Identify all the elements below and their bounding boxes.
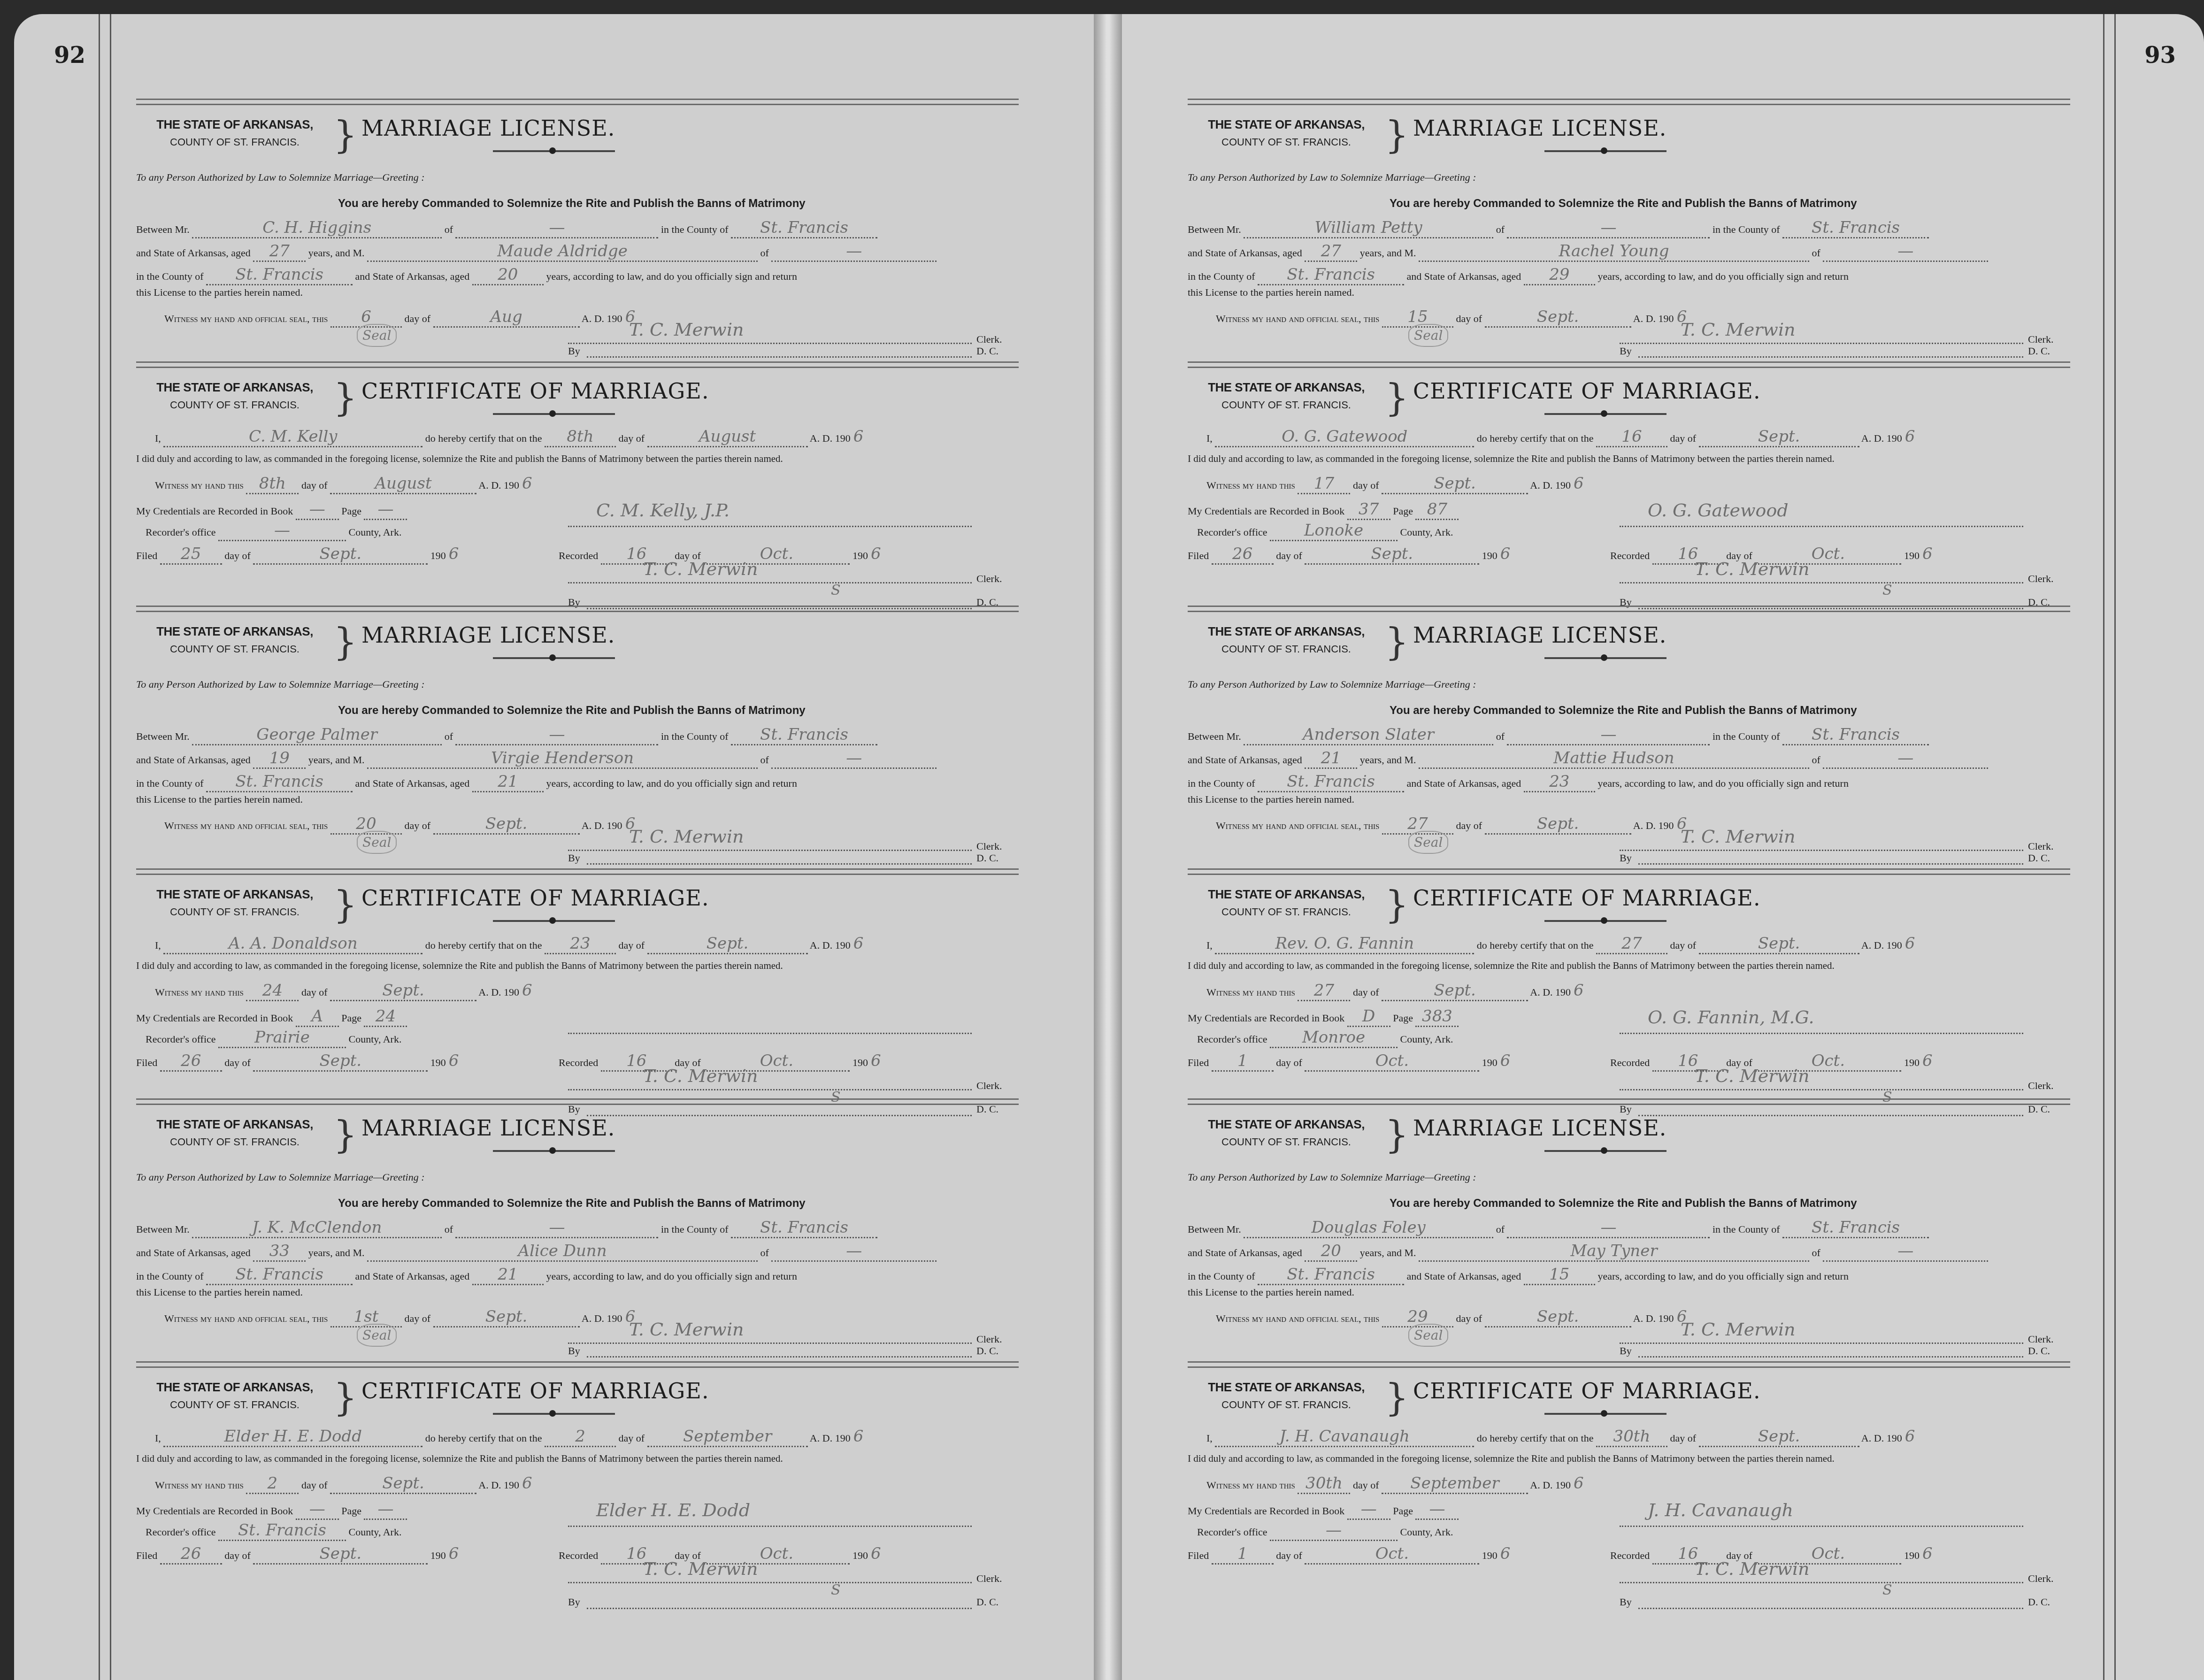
state-heading: THE STATE OF ARKANSAS, <box>136 380 333 395</box>
filed-month: Oct. <box>1305 1051 1479 1072</box>
witness-line: Witness my hand and official seal, this … <box>1216 1307 1689 1327</box>
label-dc: D. C. <box>976 1345 998 1357</box>
marriage-license: THE STATE OF ARKANSAS, COUNTY OF ST. FRA… <box>1188 606 2070 859</box>
ornament-divider <box>1544 150 1666 152</box>
license-month: Aug <box>433 307 580 328</box>
bride-name: Maude Aldridge <box>367 242 758 262</box>
section-divider <box>136 868 1019 875</box>
brace: } <box>333 886 357 924</box>
label-of: of <box>1812 1247 1820 1258</box>
recorded-year-digit: 6 <box>1920 1544 1935 1563</box>
label-recorders-office: Recorder's office <box>1197 1033 1267 1045</box>
county-heading: COUNTY OF ST. FRANCIS. <box>136 399 333 411</box>
label-witness-hand: Witness my hand this <box>155 479 244 491</box>
label-recorded: Recorded <box>559 1550 598 1561</box>
label-witness: Witness my hand and official seal, this <box>164 313 328 324</box>
brace: } <box>1385 379 1409 417</box>
deputy-line <box>1638 1356 2023 1358</box>
label-of: of <box>1496 223 1505 235</box>
officiant-signature: J. H. Cavanaugh <box>1648 1500 1793 1520</box>
groom-age: 20 <box>1305 1242 1357 1262</box>
label-filed: Filed <box>1188 1550 1209 1561</box>
label-credentials: My Credentials are Recorded in Book <box>136 505 293 517</box>
label-filed: Filed <box>1188 1057 1209 1068</box>
label-ad: A. D. 190 <box>582 313 622 324</box>
label-day-of: day of <box>301 986 328 998</box>
groom-county: St. Francis <box>731 218 877 238</box>
label-state-aged: and State of Arkansas, aged <box>355 270 470 282</box>
ornament-divider <box>1544 920 1666 922</box>
credentials-line: My Credentials are Recorded in Book 37 P… <box>1188 500 1459 520</box>
marriage-year-digit: 6 <box>851 934 867 953</box>
label-day-of: day of <box>1456 1312 1482 1324</box>
label-ad: A. D. 190 <box>478 986 519 998</box>
label-state-aged: and State of Arkansas, aged <box>1407 777 1521 789</box>
label-ad: A. D. 190 <box>1861 432 1902 444</box>
officiant-signature-line <box>1620 1526 2023 1527</box>
brace: } <box>333 116 357 154</box>
brace: } <box>1385 116 1409 154</box>
bride-line: and State of Arkansas, aged 27 years, an… <box>136 242 937 262</box>
county-heading: COUNTY OF ST. FRANCIS. <box>1188 1136 1385 1148</box>
groom-line: Between Mr. C. H. Higgins of — in the Co… <box>136 218 877 238</box>
greeting: To any Person Authorized by Law to Solem… <box>1188 171 1476 184</box>
officiant-name: J. H. Cavanaugh <box>1215 1427 1474 1447</box>
label-filed: Filed <box>136 1550 157 1561</box>
section-divider <box>136 99 1019 105</box>
deputy-line <box>1638 356 2023 358</box>
recorder-county: — <box>1270 1521 1398 1541</box>
label-county: in the County of <box>661 730 729 742</box>
label-day-of: day of <box>1670 939 1696 951</box>
officiant-signature-line <box>568 1526 972 1527</box>
witness-month: Sept. <box>330 981 476 1001</box>
witness-day: 17 <box>1298 474 1350 494</box>
officiant-signature-line <box>1620 526 2023 527</box>
label-of: of <box>445 223 453 235</box>
label-certify: do hereby certify that on the <box>1477 432 1594 444</box>
credentials-book: — <box>296 1500 339 1520</box>
filed-month: Sept. <box>1305 545 1479 565</box>
label-i: I, <box>1206 939 1213 951</box>
label-i: I, <box>155 432 161 444</box>
certificate-title: CERTIFICATE OF MARRIAGE. <box>1413 885 1761 911</box>
label-by: By <box>1620 852 1632 864</box>
bride-of: — <box>1823 749 1988 769</box>
label-page: Page <box>341 505 361 517</box>
label-day-of: day of <box>224 550 251 561</box>
section-divider <box>1188 1361 2070 1368</box>
command-text: You are hereby Commanded to Solemnize th… <box>338 197 806 210</box>
label-ad: A. D. 190 <box>582 1312 622 1324</box>
recorded-year-digit: 6 <box>868 545 884 563</box>
bride-line: and State of Arkansas, aged 21 years, an… <box>1188 749 1988 769</box>
county-heading: COUNTY OF ST. FRANCIS. <box>1188 399 1385 411</box>
bride-name: Rachel Young <box>1419 242 1809 262</box>
officiant-signature: Elder H. E. Dodd <box>596 1500 750 1520</box>
witness-year-digit: 6 <box>519 474 535 493</box>
witness-line: Witness my hand and official seal, this … <box>1216 307 1689 328</box>
witness-line: Witness my hand and official seal, this … <box>164 307 638 328</box>
label-between: Between Mr. <box>1188 223 1241 235</box>
bride-line: and State of Arkansas, aged 33 years, an… <box>136 1242 937 1262</box>
label-clerk: Clerk. <box>976 1573 1002 1585</box>
credentials-book: 37 <box>1347 500 1390 520</box>
label-190: 190 <box>430 550 446 561</box>
greeting: To any Person Authorized by Law to Solem… <box>136 171 425 184</box>
label-dc: D. C. <box>2028 1345 2050 1357</box>
groom-age: 33 <box>253 1242 306 1262</box>
marriage-license: THE STATE OF ARKANSAS, COUNTY OF ST. FRA… <box>136 99 1019 352</box>
witness-line: Witness my hand and official seal, this … <box>164 814 638 835</box>
officiant-line: I, J. H. Cavanaugh do hereby certify tha… <box>1206 1427 1918 1447</box>
license-parties-line: this License to the parties herein named… <box>1188 286 1354 299</box>
witness-day: 27 <box>1298 981 1350 1001</box>
witness-month: Sept. <box>330 1474 476 1494</box>
label-of: of <box>760 247 769 259</box>
marriage-month: Sept. <box>1699 1427 1859 1447</box>
license-title: MARRIAGE LICENSE. <box>1413 622 1666 648</box>
label-state-aged: and State of Arkansas, aged <box>1188 247 1302 259</box>
license-parties-line: this License to the parties herein named… <box>136 793 303 805</box>
credentials-line: My Credentials are Recorded in Book — Pa… <box>136 1500 407 1520</box>
deputy-initial: S <box>831 1582 841 1598</box>
clerk-line <box>1620 582 2023 583</box>
state-heading: THE STATE OF ARKANSAS, <box>136 887 333 902</box>
witness-year-digit: 6 <box>519 1474 535 1493</box>
officiant-signature-line <box>1620 1033 2023 1034</box>
license-title: MARRIAGE LICENSE. <box>361 1115 615 1141</box>
label-witness-hand: Witness my hand this <box>1206 986 1295 998</box>
label-state-aged: and State of Arkansas, aged <box>1407 1270 1521 1282</box>
label-dc: D. C. <box>2028 345 2050 357</box>
witness-hand-line: Witness my hand this 17 day of Sept. A. … <box>1206 474 1587 494</box>
county-heading: COUNTY OF ST. FRANCIS. <box>1188 136 1385 148</box>
deputy-initial: S <box>1882 1582 1892 1598</box>
label-page: Page <box>1393 505 1413 517</box>
label-recorders-office: Recorder's office <box>146 526 216 538</box>
label-day-of: day of <box>618 939 645 951</box>
command-text: You are hereby Commanded to Solemnize th… <box>1390 1197 1857 1210</box>
label-ad: A. D. 190 <box>478 479 519 491</box>
clerk-signature: T. C. Merwin <box>643 1066 758 1086</box>
deputy-initial: S <box>1882 582 1892 598</box>
bride-line: and State of Arkansas, aged 27 years, an… <box>1188 242 1988 262</box>
county-heading: COUNTY OF ST. FRANCIS. <box>1188 1399 1385 1411</box>
label-years-and-m: years, and M. <box>1360 1247 1416 1258</box>
brace: } <box>333 623 357 661</box>
label-ad: A. D. 190 <box>810 1432 851 1444</box>
label-190: 190 <box>1482 1550 1497 1561</box>
certificate-title: CERTIFICATE OF MARRIAGE. <box>1413 378 1761 404</box>
groom-county: St. Francis <box>731 725 877 745</box>
certificate-body: I did duly and according to law, as comm… <box>1188 453 1835 465</box>
label-dc: D. C. <box>2028 852 2050 864</box>
label-years-according: years, according to law, and do you offi… <box>1597 777 1849 789</box>
label-county-ark: County, Ark. <box>349 526 402 538</box>
county-heading: COUNTY OF ST. FRANCIS. <box>136 1136 333 1148</box>
clerk-signature: T. C. Merwin <box>629 1319 744 1340</box>
label-county-ark: County, Ark. <box>349 1033 402 1045</box>
section-divider <box>1188 1098 2070 1105</box>
recorder-county: Prairie <box>218 1028 346 1048</box>
certificate-of-marriage: THE STATE OF ARKANSAS, COUNTY OF ST. FRA… <box>1188 361 2070 596</box>
label-dc: D. C. <box>976 1596 998 1608</box>
officiant-line: I, C. M. Kelly do hereby certify that on… <box>155 427 866 447</box>
label-day-of: day of <box>1353 479 1379 491</box>
witness-year-digit: 6 <box>1571 1474 1587 1493</box>
label-recorders-office: Recorder's office <box>146 1033 216 1045</box>
label-witness: Witness my hand and official seal, this <box>164 1312 328 1324</box>
bride-county-line: in the County of St. Francis and State o… <box>1188 1265 1849 1285</box>
label-by: By <box>568 1345 580 1357</box>
credentials-page: 87 <box>1415 500 1459 520</box>
deputy-line <box>587 863 972 865</box>
witness-line: Witness my hand and official seal, this … <box>164 1307 638 1327</box>
bride-line: and State of Arkansas, aged 20 years, an… <box>1188 1242 1988 1262</box>
recorder-county: St. Francis <box>218 1521 346 1541</box>
marriage-year-digit: 6 <box>1902 1427 1918 1446</box>
clerk-line <box>568 582 972 583</box>
marriage-day: 27 <box>1596 934 1667 954</box>
label-ad: A. D. 190 <box>478 1479 519 1491</box>
filed-line: Filed 26 day of Sept. 1906 <box>136 1051 461 1072</box>
marriage-license: THE STATE OF ARKANSAS, COUNTY OF ST. FRA… <box>1188 1098 2070 1352</box>
filed-year-digit: 6 <box>446 545 462 563</box>
left-margin-rule <box>99 14 100 1680</box>
marriage-month: Sept. <box>1699 427 1859 447</box>
label-years-according: years, according to law, and do you offi… <box>1597 270 1849 282</box>
label-county: in the County of <box>1188 270 1255 282</box>
bride-name: Alice Dunn <box>367 1242 758 1262</box>
label-ad: A. D. 190 <box>1530 1479 1571 1491</box>
clerk-line <box>1620 1089 2023 1090</box>
witness-month: August <box>330 474 476 494</box>
label-dc: D. C. <box>976 852 998 864</box>
license-title: MARRIAGE LICENSE. <box>1413 1115 1666 1141</box>
officiant-line: I, Rev. O. G. Fannin do hereby certify t… <box>1206 934 1918 954</box>
groom-of: — <box>1507 1218 1710 1238</box>
deputy-line <box>1638 1608 2023 1609</box>
deputy-line <box>587 1356 972 1358</box>
label-ad: A. D. 190 <box>1530 986 1571 998</box>
brace: } <box>1385 623 1409 661</box>
certificate-title: CERTIFICATE OF MARRIAGE. <box>1413 1378 1761 1404</box>
filed-month: Sept. <box>253 1051 428 1072</box>
groom-of: — <box>1507 218 1710 238</box>
label-day-of: day of <box>1353 1479 1379 1491</box>
label-ad: A. D. 190 <box>1530 479 1571 491</box>
credentials-line: My Credentials are Recorded in Book D Pa… <box>1188 1007 1459 1027</box>
groom-age: 21 <box>1305 749 1357 769</box>
label-190: 190 <box>430 1057 446 1068</box>
label-190: 190 <box>1482 1057 1497 1068</box>
recorder-office-line: Recorder's office — County, Ark. <box>1197 1521 1453 1541</box>
label-county: in the County of <box>661 1223 729 1235</box>
section-divider <box>136 606 1019 612</box>
certificate-title: CERTIFICATE OF MARRIAGE. <box>361 1378 709 1404</box>
marriage-month: September <box>647 1427 808 1447</box>
filed-month: Oct. <box>1305 1544 1479 1565</box>
officiant-name: A. A. Donaldson <box>163 934 422 954</box>
bride-of: — <box>1823 242 1988 262</box>
marriage-license: THE STATE OF ARKANSAS, COUNTY OF ST. FRA… <box>1188 99 2070 352</box>
groom-name: Anderson Slater <box>1244 725 1493 745</box>
label-credentials: My Credentials are Recorded in Book <box>136 1505 293 1517</box>
label-of: of <box>445 1223 453 1235</box>
county-heading: COUNTY OF ST. FRANCIS. <box>136 906 333 918</box>
label-clerk: Clerk. <box>976 1333 1002 1345</box>
label-credentials: My Credentials are Recorded in Book <box>1188 1012 1344 1024</box>
seal-mark: Seal <box>357 831 397 854</box>
label-i: I, <box>1206 432 1213 444</box>
label-ad: A. D. 190 <box>1861 1432 1902 1444</box>
label-filed: Filed <box>136 1057 157 1068</box>
filed-day: 26 <box>160 1544 222 1565</box>
marriage-day: 8th <box>545 427 616 447</box>
witness-hand-line: Witness my hand this 27 day of Sept. A. … <box>1206 981 1587 1001</box>
label-county: in the County of <box>136 270 204 282</box>
section-divider <box>136 1361 1019 1368</box>
label-witness: Witness my hand and official seal, this <box>1216 1312 1379 1324</box>
bride-county-line: in the County of St. Francis and State o… <box>1188 265 1849 285</box>
recorder-office-line: Recorder's office St. Francis County, Ar… <box>146 1521 401 1541</box>
clerk-line <box>568 1342 972 1344</box>
clerk-signature: T. C. Merwin <box>1681 319 1796 340</box>
recorded-year-digit: 6 <box>868 1544 884 1563</box>
license-parties-line: this License to the parties herein named… <box>136 1286 303 1298</box>
bride-county: St. Francis <box>1258 265 1404 285</box>
state-heading: THE STATE OF ARKANSAS, <box>1188 887 1385 902</box>
clerk-line <box>1620 850 2023 851</box>
credentials-book: D <box>1347 1007 1390 1027</box>
license-parties-line: this License to the parties herein named… <box>1188 1286 1354 1298</box>
ornament-divider <box>1544 657 1666 659</box>
ornament-divider <box>493 920 615 922</box>
label-state-aged: and State of Arkansas, aged <box>1188 754 1302 766</box>
filed-line: Filed 1 day of Oct. 1906 <box>1188 1051 1513 1072</box>
bride-of: — <box>1823 1242 1988 1262</box>
label-county-ark: County, Ark. <box>349 1526 402 1538</box>
marriage-day: 2 <box>545 1427 616 1447</box>
witness-month: Sept. <box>1382 981 1528 1001</box>
witness-month: September <box>1382 1474 1528 1494</box>
label-state-aged: and State of Arkansas, aged <box>136 1247 251 1258</box>
label-county: in the County of <box>1713 1223 1780 1235</box>
command-text: You are hereby Commanded to Solemnize th… <box>1390 704 1857 717</box>
marriage-month: August <box>647 427 808 447</box>
marriage-day: 30th <box>1596 1427 1667 1447</box>
label-between: Between Mr. <box>1188 1223 1241 1235</box>
ornament-divider <box>1544 1413 1666 1415</box>
label-i: I, <box>155 939 161 951</box>
label-day-of: day of <box>1276 1550 1302 1561</box>
filed-line: Filed 25 day of Sept. 1906 <box>136 545 461 565</box>
label-clerk: Clerk. <box>2028 1573 2053 1585</box>
label-190: 190 <box>1904 1550 1920 1561</box>
label-state-aged: and State of Arkansas, aged <box>1188 1247 1302 1258</box>
recorder-county: Lonoke <box>1270 521 1398 541</box>
credentials-page: — <box>364 1500 407 1520</box>
label-page: Page <box>341 1505 361 1517</box>
right-margin-rule <box>2103 14 2104 1680</box>
clerk-signature: T. C. Merwin <box>629 319 744 340</box>
filed-day: 1 <box>1212 1051 1274 1072</box>
filed-month: Sept. <box>253 1544 428 1565</box>
label-years-according: years, according to law, and do you offi… <box>546 270 797 282</box>
officiant-line: I, O. G. Gatewood do hereby certify that… <box>1206 427 1918 447</box>
certificate-body: I did duly and according to law, as comm… <box>1188 960 1835 972</box>
clerk-line <box>1620 1582 2023 1583</box>
recorded-year-digit: 6 <box>1920 545 1935 563</box>
section-divider <box>136 361 1019 368</box>
credentials-book: — <box>1347 1500 1390 1520</box>
label-years-and-m: years, and M. <box>1360 247 1416 259</box>
county-heading: COUNTY OF ST. FRANCIS. <box>136 136 333 148</box>
label-190: 190 <box>852 1057 868 1068</box>
label-county-ark: County, Ark. <box>1400 1033 1453 1045</box>
credentials-book: A <box>296 1007 339 1027</box>
label-recorded: Recorded <box>559 550 598 561</box>
label-190: 190 <box>1904 1057 1920 1068</box>
ornament-divider <box>493 1413 615 1415</box>
state-heading: THE STATE OF ARKANSAS, <box>1188 1117 1385 1132</box>
label-of: of <box>1496 1223 1505 1235</box>
label-clerk: Clerk. <box>2028 573 2053 585</box>
label-dc: D. C. <box>2028 1596 2050 1608</box>
bride-county: St. Francis <box>1258 772 1404 792</box>
bride-age: 15 <box>1524 1265 1595 1285</box>
state-heading: THE STATE OF ARKANSAS, <box>136 624 333 639</box>
label-certify: do hereby certify that on the <box>425 1432 542 1444</box>
groom-of: — <box>455 218 658 238</box>
label-page: Page <box>1393 1505 1413 1517</box>
right-margin-rule-2 <box>2114 14 2116 1680</box>
label-county: in the County of <box>1713 730 1780 742</box>
credentials-book: — <box>296 500 339 520</box>
label-dc: D. C. <box>976 345 998 357</box>
state-heading: THE STATE OF ARKANSAS, <box>1188 117 1385 132</box>
label-ad: A. D. 190 <box>1633 1312 1674 1324</box>
seal-mark: Seal <box>1408 1324 1448 1347</box>
label-190: 190 <box>1904 550 1920 561</box>
label-state-aged: and State of Arkansas, aged <box>1407 270 1521 282</box>
label-years-and-m: years, and M. <box>308 1247 365 1258</box>
seal-mark: Seal <box>1408 324 1448 347</box>
county-heading: COUNTY OF ST. FRANCIS. <box>1188 643 1385 655</box>
seal-mark: Seal <box>357 324 397 347</box>
groom-line: Between Mr. Douglas Foley of — in the Co… <box>1188 1218 1929 1238</box>
label-190: 190 <box>852 550 868 561</box>
label-day-of: day of <box>301 479 328 491</box>
label-county-ark: County, Ark. <box>1400 1526 1453 1538</box>
label-county: in the County of <box>1713 223 1780 235</box>
credentials-page: 383 <box>1415 1007 1459 1027</box>
recorder-county: — <box>218 521 346 541</box>
label-county: in the County of <box>136 777 204 789</box>
deputy-initial: S <box>831 582 841 598</box>
clerk-signature: T. C. Merwin <box>1681 1319 1796 1340</box>
credentials-line: My Credentials are Recorded in Book — Pa… <box>1188 1500 1459 1520</box>
certificate-body: I did duly and according to law, as comm… <box>1188 1453 1835 1465</box>
certificate-of-marriage: THE STATE OF ARKANSAS, COUNTY OF ST. FRA… <box>136 361 1019 596</box>
section-divider <box>136 1098 1019 1105</box>
groom-county: St. Francis <box>1782 1218 1929 1238</box>
marriage-license: THE STATE OF ARKANSAS, COUNTY OF ST. FRA… <box>136 1098 1019 1352</box>
license-title: MARRIAGE LICENSE. <box>361 622 615 648</box>
label-witness-hand: Witness my hand this <box>1206 479 1295 491</box>
officiant-signature-line <box>568 526 972 527</box>
